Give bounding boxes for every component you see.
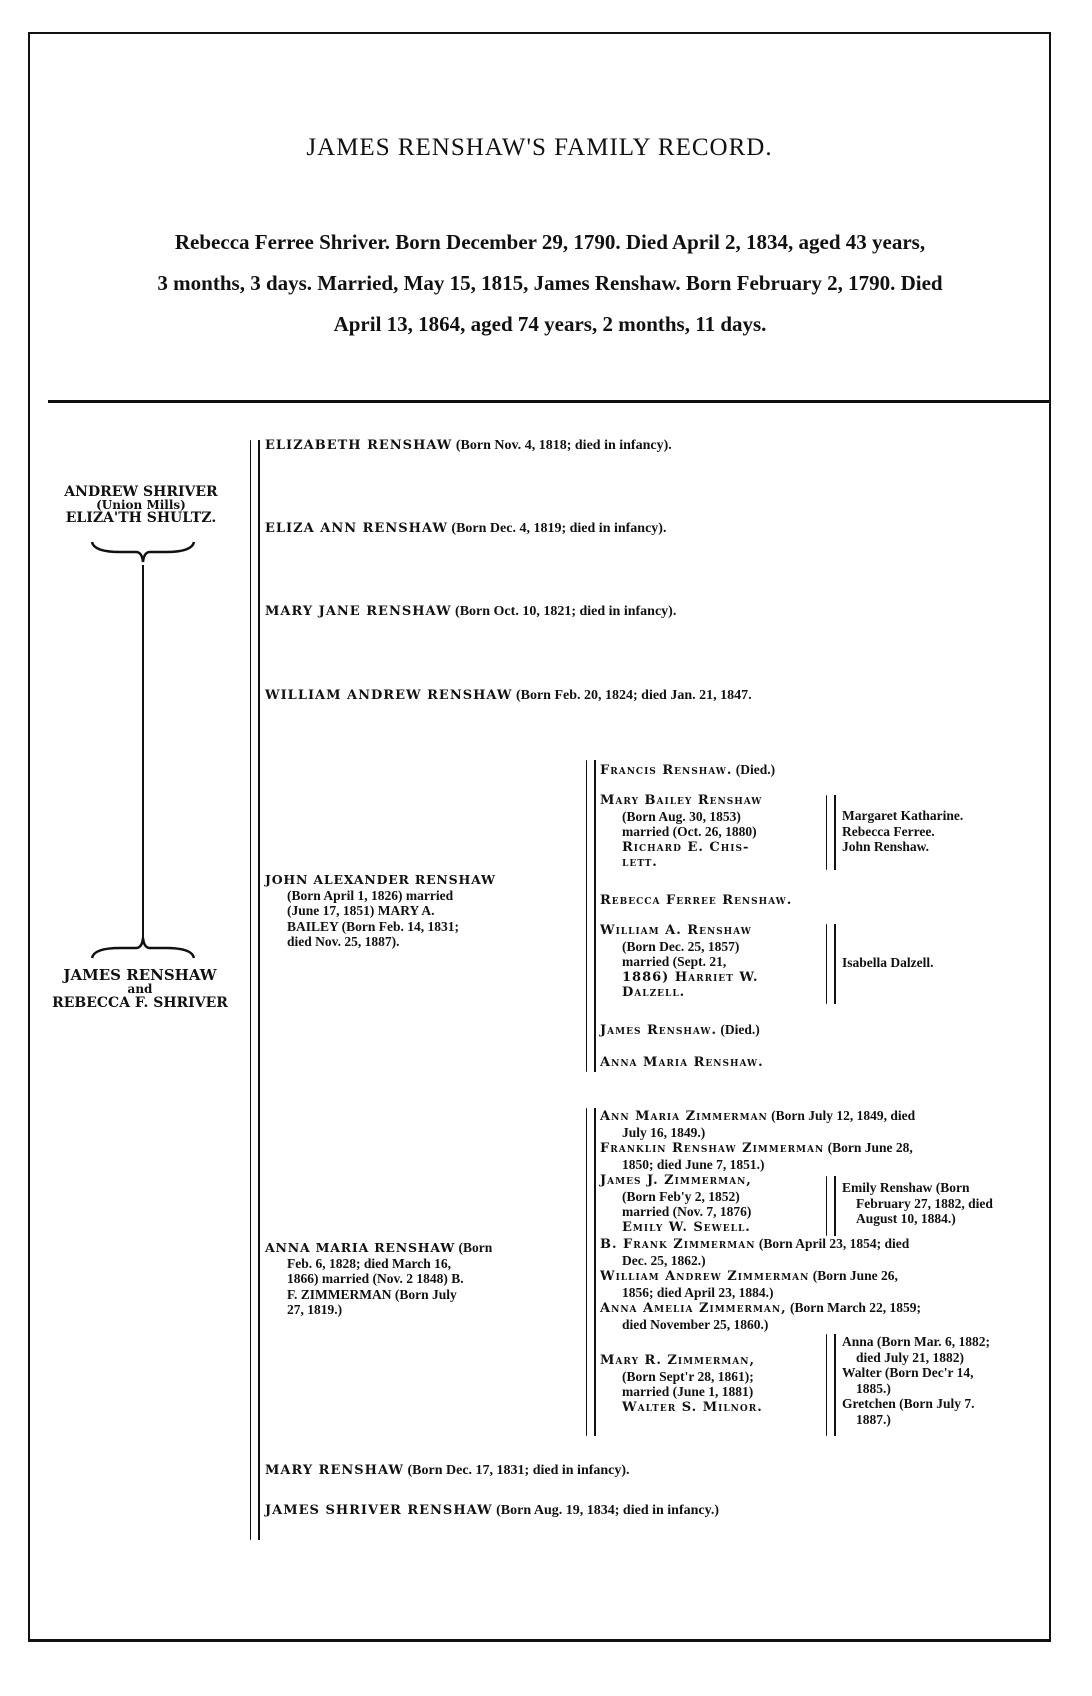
grandchild-name: Francis Renshaw. [600,763,732,778]
grandchild-detail: (Born April 23, 1854; died [759,1236,909,1251]
grandchild-entry: Francis Renshaw. (Died.) [600,762,775,779]
grandchild-spouse: Emily W. Sewell. [600,1220,752,1236]
parent-name-1: JAMES RENSHAW [30,968,250,982]
child-name: JAMES SHRIVER RENSHAW [265,1503,493,1518]
great-grandchildren-bracket-inner [834,795,836,870]
grandchild-name: Mary R. Zimmerman, [600,1353,755,1368]
child-entry: MARY RENSHAW (Born Dec. 17, 1831; died i… [265,1463,630,1479]
grandchild-entry: William Andrew Zimmerman (Born June 26, … [600,1268,898,1300]
grandchild-detail-line: married (Nov. 7, 1876) [600,1204,752,1220]
great-grandchildren-list: Margaret Katharine. Rebecca Ferree. John… [842,808,963,855]
parent-name-2: REBECCA F. SHRIVER [30,996,250,1010]
grandchildren-bracket [586,1108,587,1436]
great-grandchild-detail: February 27, 1882, died [842,1196,993,1212]
grandchild-name: William Andrew Zimmerman [600,1269,809,1284]
brace-up-icon [90,936,196,960]
grandchild-detail: (Died.) [736,762,775,777]
child-detail: (Born Dec. 4, 1819; died in infancy). [451,521,666,536]
grandchild-name: James Renshaw. [600,1023,717,1038]
child-entry: ELIZABETH RENSHAW (Born Nov. 4, 1818; di… [265,438,672,454]
grandchild-name: Rebecca Ferree Renshaw. [600,893,792,908]
child-detail-line: (June 17, 1851) MARY A. [265,903,585,919]
great-grandchild-name: Isabella Dalzell. [842,955,934,970]
grandchild-detail-line: married (Oct. 26, 1880) [600,824,762,840]
child-name: JOHN ALEXANDER RENSHAW [265,872,496,887]
grandchild-detail: (Born March 22, 1859; [790,1300,921,1315]
child-detail-line: died Nov. 25, 1887). [265,934,585,950]
grandchild-spouse: Richard E. Chis- [600,840,762,856]
child-detail: (Born Feb. 20, 1824; died Jan. 21, 1847. [516,688,752,703]
child-entry-john-alexander: JOHN ALEXANDER RENSHAW (Born April 1, 18… [265,872,585,950]
grandchild-entry: Franklin Renshaw Zimmerman (Born June 28… [600,1140,913,1172]
lineage-line [142,565,144,940]
children-bracket [250,440,251,1540]
grandchild-name: James J. Zimmerman, [600,1173,752,1188]
great-grandchildren-bracket-inner [834,1176,836,1236]
child-detail-line: 27, 1819.) [265,1302,585,1318]
grandchild-name: B. Frank Zimmerman [600,1237,755,1252]
grandchildren-bracket-inner [594,760,596,1072]
grandchild-spouse: 1886) Harriet W. [600,970,758,986]
child-detail: (Born Oct. 10, 1821; died in infancy). [455,604,676,619]
grandchildren-bracket-inner [594,1108,596,1436]
great-grandchildren-bracket [826,1176,827,1236]
grandchild-detail-cont: 1856; died April 23, 1884.) [600,1285,898,1301]
great-grandchildren-bracket [826,1334,827,1436]
parents-conjunction: and [30,982,250,996]
grandchild-detail-line: married (June 1, 1881) [600,1384,763,1400]
grandchild-detail-cont: Dec. 25, 1862.) [600,1253,909,1269]
grandchild-entry: Anna Maria Renshaw. [600,1054,764,1071]
grandchild-entry: William A. Renshaw (Born Dec. 25, 1857) … [600,922,758,1001]
child-entry: WILLIAM ANDREW RENSHAW (Born Feb. 20, 18… [265,688,752,704]
great-grandchildren-bracket-inner [834,924,836,1004]
grandchild-detail-line: married (Sept. 21, [600,954,758,970]
grandchild-entry: B. Frank Zimmerman (Born April 23, 1854;… [600,1236,909,1268]
great-grandchild-detail: died July 21, 1882) [842,1350,990,1366]
grandchild-entry: Mary R. Zimmerman, (Born Sept'r 28, 1861… [600,1352,763,1415]
grandchild-spouse-cont: Dalzell. [600,985,758,1001]
great-grandchild-detail: August 10, 1884.) [842,1211,993,1227]
great-grandchild-name: Gretchen (Born July 7. [842,1396,990,1412]
great-grandchild-name: Walter (Born Dec'r 14, [842,1365,990,1381]
child-name: ANNA MARIA RENSHAW [265,1240,455,1255]
child-detail: (Born Aug. 19, 1834; died in infancy.) [496,1503,719,1518]
child-name: WILLIAM ANDREW RENSHAW [265,688,512,703]
great-grandchild-name: John Renshaw. [842,839,963,855]
grandchild-detail-line: (Born Dec. 25, 1857) [600,939,758,955]
grandchild-detail: (Born June 26, [813,1268,898,1283]
child-entry: JAMES SHRIVER RENSHAW (Born Aug. 19, 183… [265,1503,719,1519]
grandchild-entry: Anna Amelia Zimmerman, (Born March 22, 1… [600,1300,921,1332]
great-grandchild-detail: 1887.) [842,1412,990,1428]
child-detail-line: Feb. 6, 1828; died March 16, [265,1256,585,1272]
page-title: JAMES RENSHAW'S FAMILY RECORD. [28,134,1051,162]
great-grandchildren-list: Isabella Dalzell. [842,955,934,971]
grandparent-name-2: ELIZA'TH SHULTZ. [36,512,246,525]
grandchild-spouse-cont: lett. [600,855,762,871]
grandchild-entry: Ann Maria Zimmerman (Born July 12, 1849,… [600,1108,915,1140]
grandparents-label: ANDREW SHRIVER (Union Mills) ELIZA'TH SH… [36,486,246,525]
grandchild-detail-line: (Born Feb'y 2, 1852) [600,1189,752,1205]
child-name: MARY JANE RENSHAW [265,604,452,619]
parents-label: JAMES RENSHAW and REBECCA F. SHRIVER [30,968,250,1010]
great-grandchild-name: Anna (Born Mar. 6, 1882; [842,1334,990,1350]
grandchild-name: William A. Renshaw [600,923,752,938]
grandchild-name: Ann Maria Zimmerman [600,1109,768,1124]
grandchild-name: Anna Maria Renshaw. [600,1055,764,1070]
grandchild-detail: (Born June 28, [828,1140,913,1155]
great-grandchild-name: Margaret Katharine. [842,808,963,824]
great-grandchild-name: Rebecca Ferree. [842,824,963,840]
child-entry-anna-maria: ANNA MARIA RENSHAW (Born Feb. 6, 1828; d… [265,1240,585,1318]
grandchild-name: Anna Amelia Zimmerman, [600,1301,787,1316]
child-entry: ELIZA ANN RENSHAW (Born Dec. 4, 1819; di… [265,521,666,537]
grandchild-detail: (Died.) [720,1022,759,1037]
child-detail: (Born Nov. 4, 1818; died in infancy). [456,438,672,453]
child-name: MARY RENSHAW [265,1463,404,1478]
child-detail-line: F. ZIMMERMAN (Born July [265,1287,585,1303]
child-detail-line: 1866) married (Nov. 2 1848) B. [265,1271,585,1287]
child-detail-line: (Born April 1, 1826) married [265,888,585,904]
section-divider [48,400,1051,403]
great-grandchildren-list: Anna (Born Mar. 6, 1882; died July 21, 1… [842,1334,990,1427]
intro-line-2: 3 months, 3 days. Married, May 15, 1815,… [60,263,1040,304]
intro-paragraph: Rebecca Ferree Shriver. Born December 29… [60,222,1040,345]
grandchild-detail-line: (Born Aug. 30, 1853) [600,809,762,825]
child-detail-start: (Born [459,1240,493,1255]
grandchild-name: Mary Bailey Renshaw [600,793,762,808]
child-name: ELIZA ANN RENSHAW [265,521,448,536]
child-name: ELIZABETH RENSHAW [265,438,452,453]
grandchild-entry: Mary Bailey Renshaw (Born Aug. 30, 1853)… [600,792,762,871]
grandchild-detail-cont: died November 25, 1860.) [600,1317,921,1333]
grandchild-spouse: Walter S. Milnor. [600,1400,763,1416]
grandchild-detail-cont: July 16, 1849.) [600,1125,915,1141]
great-grandchild-detail: 1885.) [842,1381,990,1397]
grandchild-entry: James Renshaw. (Died.) [600,1022,760,1039]
intro-line-3: April 13, 1864, aged 74 years, 2 months,… [60,304,1040,345]
brace-down-icon [90,540,196,566]
great-grandchildren-bracket [826,924,827,1004]
child-entry: MARY JANE RENSHAW (Born Oct. 10, 1821; d… [265,604,676,620]
great-grandchildren-bracket [826,795,827,870]
grandchild-entry: Rebecca Ferree Renshaw. [600,892,792,909]
grandchild-detail-cont: 1850; died June 7, 1851.) [600,1157,913,1173]
grandchild-name: Franklin Renshaw Zimmerman [600,1141,824,1156]
great-grandchildren-list: Emily Renshaw (Born February 27, 1882, d… [842,1180,993,1227]
children-bracket-inner [258,440,260,1540]
grandchild-entry: James J. Zimmerman, (Born Feb'y 2, 1852)… [600,1172,752,1235]
child-detail: (Born Dec. 17, 1831; died in infancy). [408,1463,630,1478]
child-detail-line: BAILEY (Born Feb. 14, 1831; [265,919,585,935]
grandchildren-bracket [586,760,587,1072]
great-grandchildren-bracket-inner [834,1334,836,1436]
great-grandchild-name: Emily Renshaw (Born [842,1180,993,1196]
grandchild-detail-line: (Born Sept'r 28, 1861); [600,1369,763,1385]
grandchild-detail: (Born July 12, 1849, died [771,1108,915,1123]
intro-line-1: Rebecca Ferree Shriver. Born December 29… [60,222,1040,263]
